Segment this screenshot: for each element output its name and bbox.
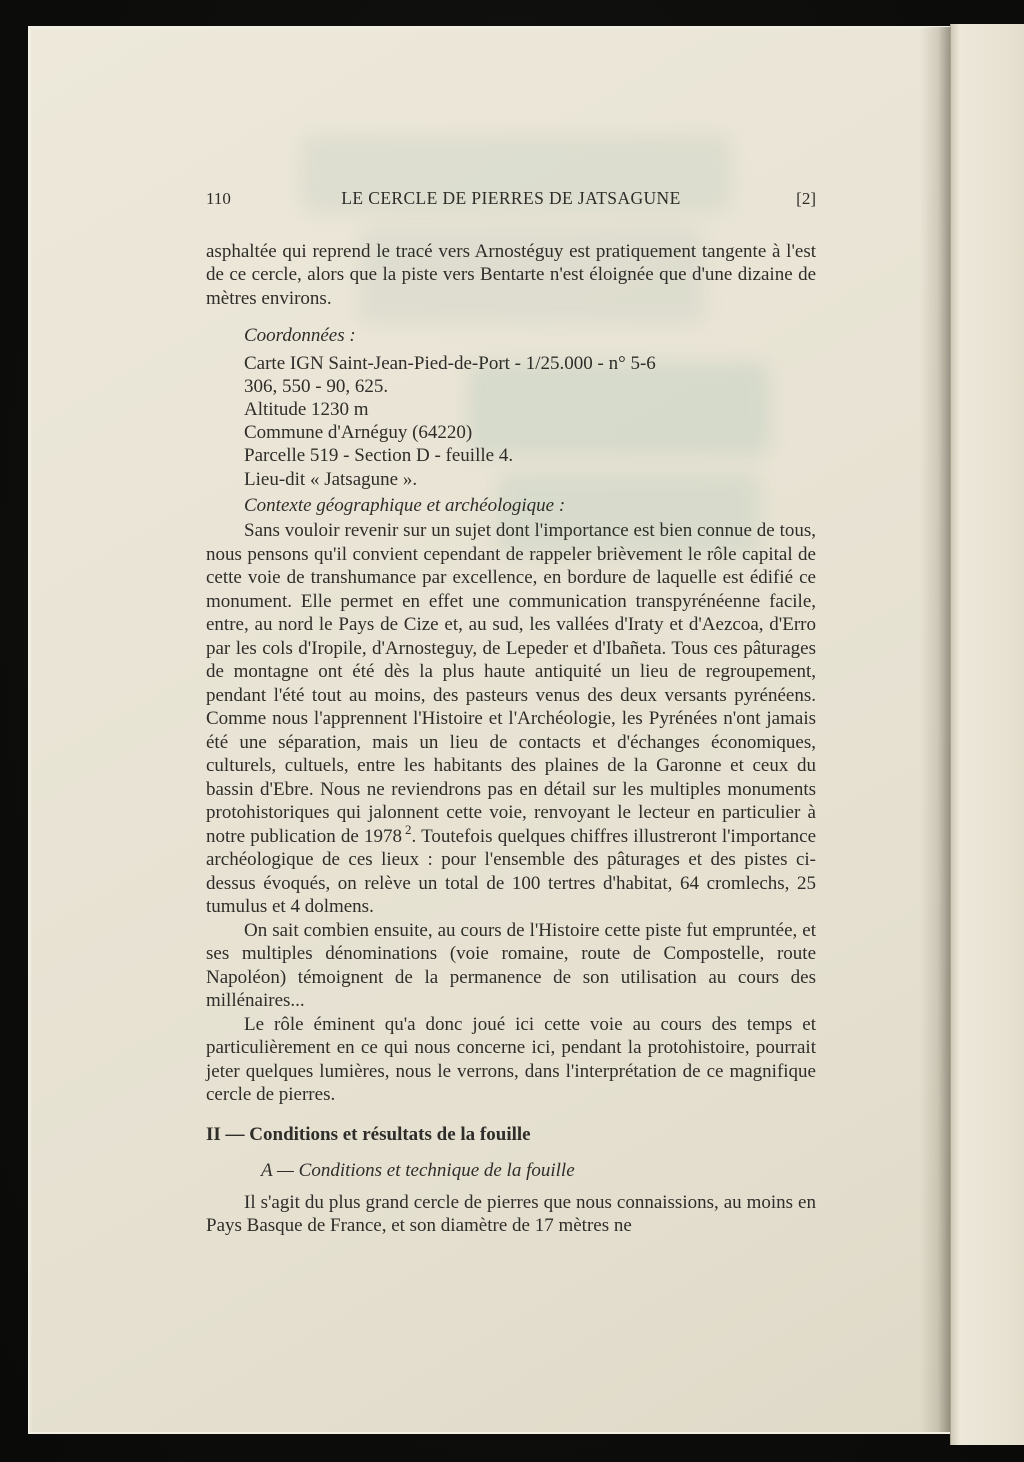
book-page: 110 LE CERCLE DE PIERRES DE JATSAGUNE [2… — [28, 26, 950, 1434]
coordinates-line: Carte IGN Saint-Jean-Pied-de-Port - 1/25… — [244, 352, 816, 375]
intro-paragraph: asphaltée qui reprend le tracé vers Arno… — [206, 240, 816, 311]
page-gutter-shadow — [920, 27, 950, 1432]
coordinates-line: Altitude 1230 m — [244, 398, 816, 421]
context-paragraph-2: On sait combien ensuite, au cours de l'H… — [206, 919, 816, 1013]
coordinates-list: Carte IGN Saint-Jean-Pied-de-Port - 1/25… — [244, 352, 816, 491]
context-heading: Contexte géographique et archéologique : — [244, 494, 816, 518]
context-paragraph-1: Sans vouloir revenir sur un sujet dont l… — [206, 519, 816, 919]
running-title: LE CERCLE DE PIERRES DE JATSAGUNE — [296, 187, 726, 211]
folio-marker: [2] — [726, 187, 816, 211]
coordinates-line: 306, 550 - 90, 625. — [244, 375, 816, 398]
section-heading: II — Conditions et résultats de la fouil… — [206, 1123, 816, 1147]
page-number: 110 — [206, 187, 296, 211]
text-column: 110 LE CERCLE DE PIERRES DE JATSAGUNE [2… — [206, 187, 816, 1238]
coordinates-line: Commune d'Arnéguy (64220) — [244, 421, 816, 444]
coordinates-line: Parcelle 519 - Section D - feuille 4. — [244, 444, 816, 467]
context-paragraph-3: Le rôle éminent qu'a donc joué ici cette… — [206, 1013, 816, 1107]
subsection-heading: A — Conditions et technique de la fouill… — [261, 1159, 816, 1183]
coordinates-line: Lieu-dit « Jatsagune ». — [244, 468, 816, 491]
subsection-paragraph: Il s'agit du plus grand cercle de pierre… — [206, 1191, 816, 1238]
context-paragraph-1-text: Sans vouloir revenir sur un sujet dont l… — [206, 520, 816, 847]
facing-page-edge — [950, 24, 1024, 1445]
coordinates-heading: Coordonnées : — [244, 324, 816, 348]
running-header: 110 LE CERCLE DE PIERRES DE JATSAGUNE [2… — [206, 187, 816, 211]
